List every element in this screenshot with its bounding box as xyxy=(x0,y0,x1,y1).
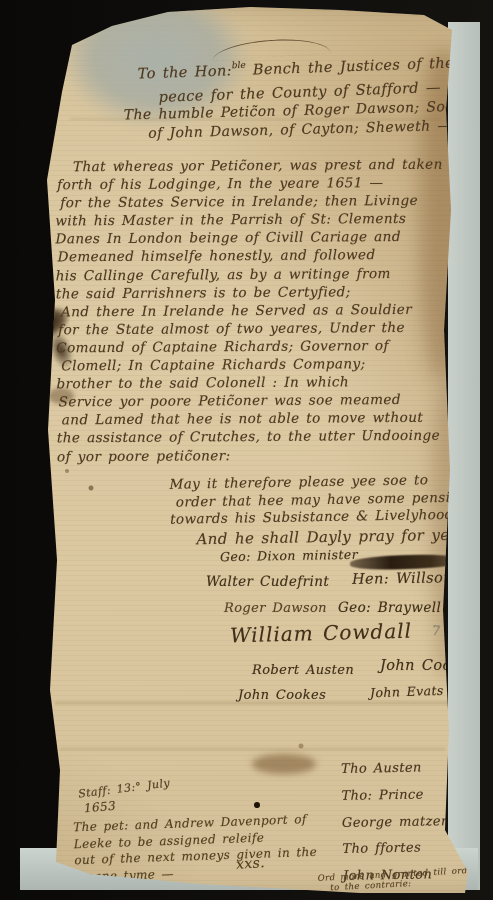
witness-name: Tho ffortes xyxy=(342,835,448,864)
petition-prayer: May it therefore please yee soe to order… xyxy=(169,471,481,548)
body-line: of yor poore petic̃oner: xyxy=(57,445,445,466)
manuscript-scan: To the Hon:ble Bench the Justices of the… xyxy=(0,0,493,900)
signature-principal: William Cowdall xyxy=(230,619,413,648)
signature: Walter Cudefrint xyxy=(206,574,329,590)
endorsement-footnote: Ord more and granted till ord to the con… xyxy=(318,867,469,894)
body-line: Danes In London beinge of Civill Cariage… xyxy=(55,228,443,249)
signature: John Evats xyxy=(370,683,444,701)
witness-name: Tho Austen xyxy=(341,755,447,784)
signature: Geo: Braywell xyxy=(338,600,441,616)
pencil-folio-number: 7 xyxy=(431,623,442,639)
endorsement-year: 1653 xyxy=(83,799,116,816)
signature: Roger Dawson xyxy=(224,601,327,616)
signature: Hen: Willson xyxy=(352,570,453,588)
signature: John Cookes xyxy=(238,688,326,703)
brown-smear xyxy=(252,754,316,774)
endorsement-amount: xxs. xyxy=(235,855,265,873)
body-line: That whereas yor Petic̃oner, was prest a… xyxy=(73,156,443,177)
signature: Robert Austen xyxy=(252,663,354,678)
endorsement-note: The pet: and Andrew Davenport of Leeke t… xyxy=(73,811,318,885)
petition-body: That whereas yor Petic̃oner, was prest a… xyxy=(55,156,445,466)
signature-minister: Geo: Dixon minister xyxy=(220,547,358,564)
fold-crease xyxy=(60,748,445,750)
paper-flecks xyxy=(0,0,2,2)
mount-strip-right xyxy=(448,22,480,890)
heading-superscript: ble xyxy=(232,61,246,71)
witness-name: Tho: Prince xyxy=(341,782,447,811)
body-line: Comaund of Captaine Richards; Governor o… xyxy=(56,337,444,358)
heading-pre: To the Hon: xyxy=(137,63,232,82)
body-line: the assistance of Crutches, to the utter… xyxy=(57,427,445,448)
heading-post: Bench the Justices of the xyxy=(246,55,455,78)
endorsement-date: Staff: 13:° July xyxy=(78,776,171,800)
body-line: his Callinge Carefully, as by a writinge… xyxy=(56,264,444,285)
manuscript-page: To the Hon:ble Bench the Justices of the… xyxy=(0,0,493,900)
witness-name: George matzer xyxy=(342,809,448,838)
